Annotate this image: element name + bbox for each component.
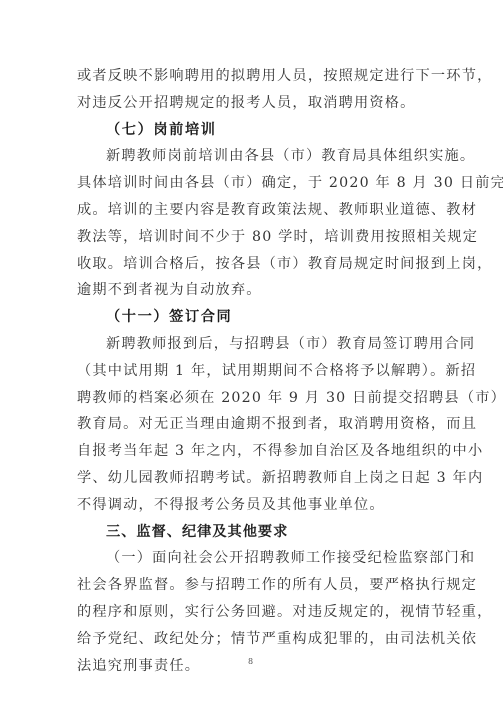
subheading-pre-job-training: （七）岗前培训 <box>77 117 433 144</box>
body-line: 社会各界监督。参与招聘工作的所有人员，要严格执行规定 <box>77 572 433 599</box>
body-line: 学、幼儿园教师招聘考试。新招聘教师自上岗之日起 3 年内 <box>77 465 433 492</box>
body-line: 逾期不到者视为自动放弃。 <box>77 277 433 304</box>
body-line: 给予党纪、政纪处分；情节严重构成犯罪的，由司法机关依 <box>77 626 433 653</box>
body-line: （其中试用期 1 年，试用期期间不合格将予以解聘）。新招 <box>77 358 433 385</box>
subheading-sign-contract: （十一）签订合同 <box>77 304 433 331</box>
body-line: 成。培训的主要内容是教育政策法规、教师职业道德、教材 <box>77 197 433 224</box>
paragraph-start-line: 新聘教师岗前培训由各县（市）教育局具体组织实施。 <box>77 143 433 170</box>
document-page: 或者反映不影响聘用的拟聘用人员，按照规定进行下一环节， 对违反公开招聘规定的报考… <box>0 0 503 711</box>
paragraph-start-line: （一）面向社会公开招聘教师工作接受纪检监察部门和 <box>77 545 433 572</box>
body-line: 自报考当年起 3 年之内，不得参加自治区及各地组织的中小 <box>77 438 433 465</box>
body-line: 对违反公开招聘规定的报考人员，取消聘用资格。 <box>77 90 433 117</box>
body-line: 具体培训时间由各县（市）确定，于 2020 年 8 月 30 日前完 <box>77 170 433 197</box>
paragraph-start-line: 新聘教师报到后，与招聘县（市）教育局签订聘用合同 <box>77 331 433 358</box>
body-line: 的程序和原则，实行公务回避。对违反规定的，视情节轻重， <box>77 599 433 626</box>
body-line: 教育局。对无正当理由逾期不报到者，取消聘用资格，而且 <box>77 411 433 438</box>
section-heading-supervision: 三、监督、纪律及其他要求 <box>77 519 433 546</box>
body-line: 法追究刑事责任。 <box>77 653 433 680</box>
body-line: 或者反映不影响聘用的拟聘用人员，按照规定进行下一环节， <box>77 63 433 90</box>
body-line: 教法等，培训时间不少于 80 学时，培训费用按照相关规定 <box>77 224 433 251</box>
page-number: 8 <box>248 657 253 666</box>
document-body: 或者反映不影响聘用的拟聘用人员，按照规定进行下一环节， 对违反公开招聘规定的报考… <box>77 63 433 679</box>
body-line: 收取。培训合格后，按各县（市）教育局规定时间报到上岗， <box>77 251 433 278</box>
body-line: 聘教师的档案必须在 2020 年 9 月 30 日前提交招聘县（市） <box>77 385 433 412</box>
body-line: 不得调动，不得报考公务员及其他事业单位。 <box>77 492 433 519</box>
